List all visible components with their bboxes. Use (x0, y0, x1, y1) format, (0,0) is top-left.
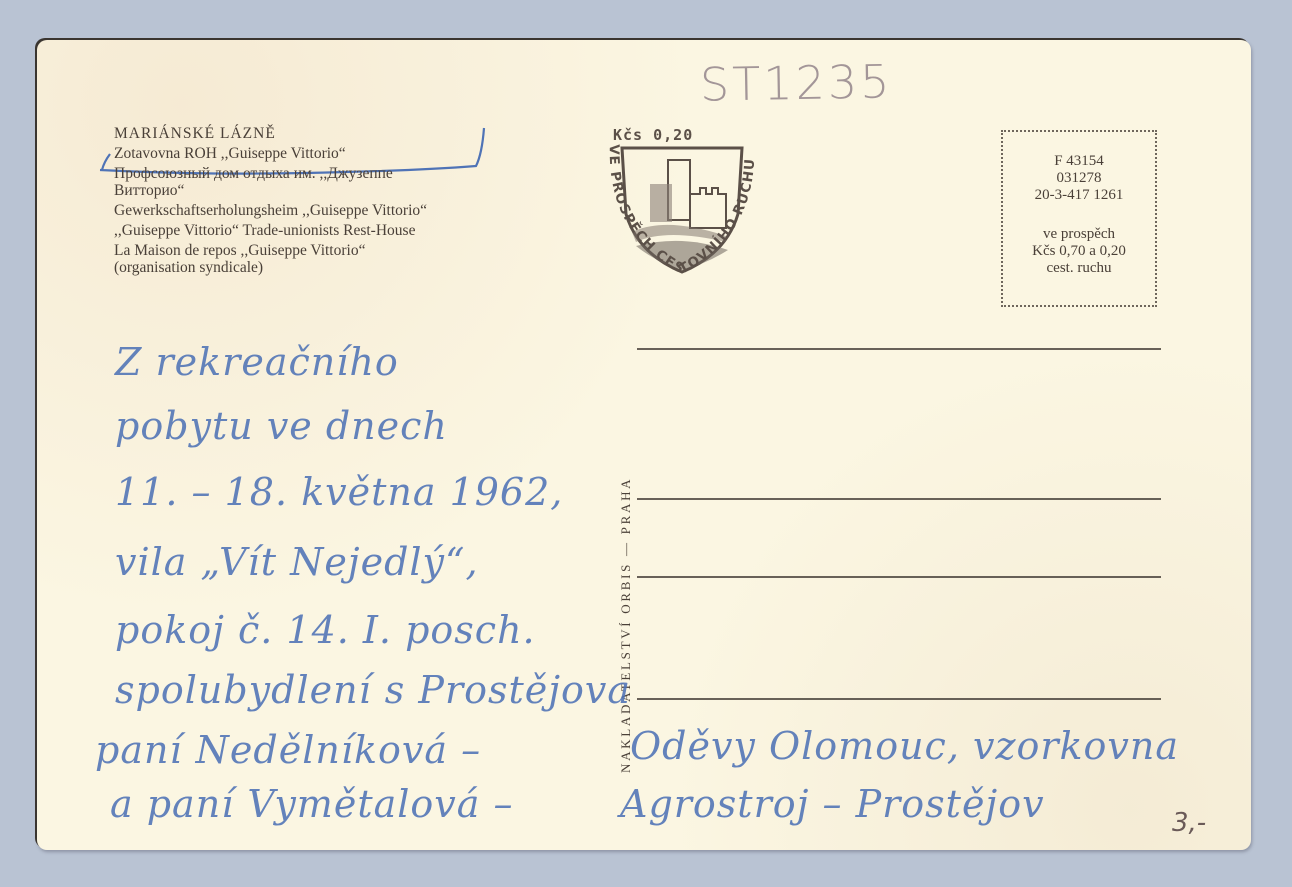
catalog-pencil-mark: ST1235 (700, 54, 893, 111)
caption-line: ,,Guiseppe Vittorio“ Trade-unionists Res… (114, 222, 427, 239)
handwritten-line: a paní Vymětalová – (110, 782, 513, 826)
caption-title: MARIÁNSKÉ LÁZNĚ (114, 125, 427, 142)
address-line (637, 576, 1161, 578)
price-note: Kčs 0,70 a 0,20 (1003, 243, 1155, 260)
price-box: F 43154 031278 20-3-417 1261 ve prospěch… (1001, 130, 1157, 307)
handwritten-line: pobytu ve dnech (115, 404, 448, 448)
print-code: 20-3-417 1261 (1003, 187, 1155, 204)
address-line (637, 348, 1161, 350)
handwritten-line: pokoj č. 14. I. posch. (115, 608, 536, 652)
print-code: F 43154 (1003, 153, 1155, 170)
caption-line: Gewerkschaftserholungsheim ,,Guiseppe Vi… (114, 202, 427, 219)
handwritten-line: spolubydlení s Prostějova (115, 668, 631, 712)
handwritten-line: 11. – 18. května 1962, (115, 470, 563, 514)
address-line (637, 498, 1161, 500)
address-line (637, 698, 1161, 700)
handwritten-line: Oděvy Olomouc, vzorkovna (630, 724, 1179, 768)
caption-line: Zotavovna ROH ,,Guiseppe Vittorio“ (114, 145, 427, 162)
pencil-price-mark: 3,- (1172, 808, 1206, 838)
handwritten-line: paní Nedělníková – (95, 728, 481, 772)
print-code: 031278 (1003, 170, 1155, 187)
handwritten-line: Z rekreačního (115, 340, 399, 384)
caption-line: Профсоюзный дом отдыха им. ,,Джузеппе (114, 165, 427, 182)
handwritten-line: vila „Vít Nejedlý“, (115, 540, 479, 584)
castle-ruin-icon: VE PROSPĚCH CESTOVNÍHO RUCHU (596, 124, 768, 296)
caption-line: (organisation syndicale) (114, 259, 427, 276)
caption-line: La Maison de repos ,,Guiseppe Vittorio“ (114, 242, 427, 259)
handwritten-line: Agrostroj – Prostějov (620, 782, 1045, 826)
caption-block: MARIÁNSKÉ LÁZNĚ Zotavovna ROH ,,Guiseppe… (114, 125, 427, 276)
price-note: ve prospěch (1003, 226, 1155, 243)
caption-line: Витторио“ (114, 182, 427, 199)
price-note: cest. ruchu (1003, 260, 1155, 277)
